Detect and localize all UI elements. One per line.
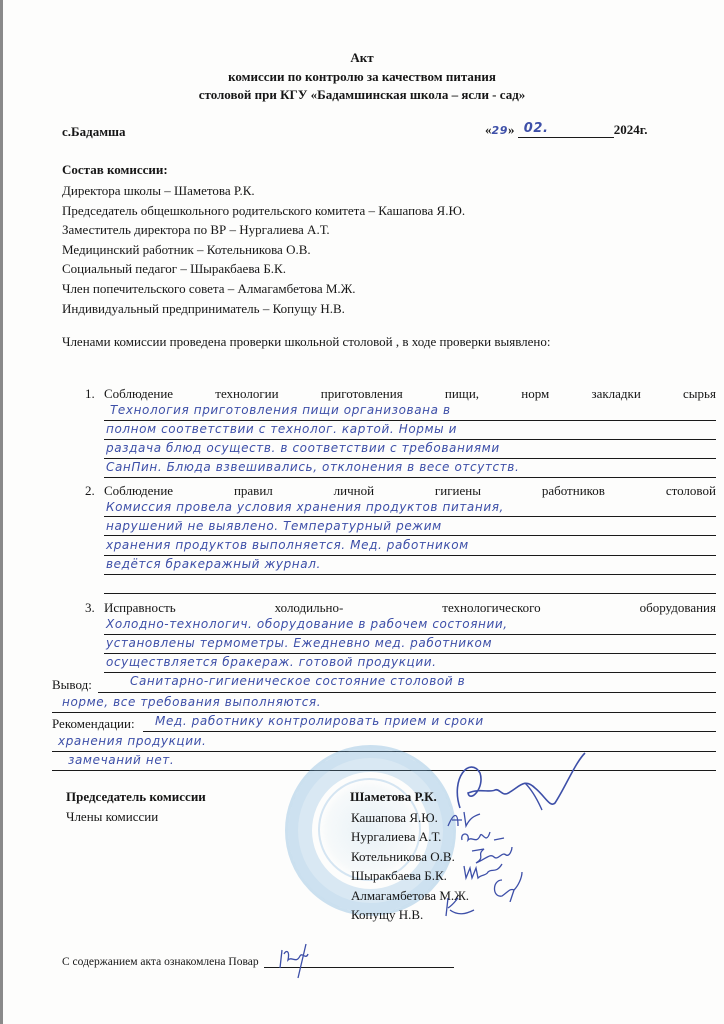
commission-member: Социальный педагог – Шыракбаева Б.К. bbox=[62, 259, 465, 279]
item-2-word: гигиены bbox=[435, 483, 481, 499]
commission-heading: Состав комиссии: bbox=[62, 162, 168, 178]
item-2-handwritten-line: ведётся бракеражный журнал. bbox=[106, 557, 321, 571]
commission-member: Заместитель директора по ВР – Нургалиева… bbox=[62, 220, 465, 240]
item-1-word: сырья bbox=[683, 386, 716, 402]
item-2-handwritten-line: хранения продуктов выполняется. Мед. раб… bbox=[106, 538, 469, 552]
rule bbox=[104, 458, 716, 459]
item-3-word: холодильно- bbox=[275, 600, 344, 616]
document-subtitle-2: столовой при КГУ «Бадамшинская школа – я… bbox=[0, 87, 724, 103]
member-signature-name: Котельникова О.В. bbox=[351, 847, 469, 866]
item-2-word: личной bbox=[334, 483, 374, 499]
date-day: 29 bbox=[492, 124, 509, 137]
cook-signature bbox=[276, 940, 316, 980]
inspection-intro: Членами комиссии проведена проверки школ… bbox=[62, 334, 551, 350]
item-2-number: 2. bbox=[85, 483, 95, 499]
conclusion-label: Вывод: bbox=[52, 677, 92, 693]
item-3-handwritten-line: Холодно-технологич. оборудование в рабоч… bbox=[106, 617, 508, 631]
document-subtitle-1: комиссии по контролю за качеством питани… bbox=[0, 69, 724, 85]
rule bbox=[104, 439, 716, 440]
item-2-handwritten-line: Комиссия провела условия хранения продук… bbox=[106, 500, 504, 514]
rule bbox=[104, 672, 716, 673]
commission-member: Индивидуальный предприниматель – Копущу … bbox=[62, 299, 465, 319]
item-1-handwritten-line: Технология приготовления пищи организова… bbox=[110, 403, 451, 417]
chair-label: Председатель комиссии bbox=[66, 789, 206, 805]
item-2-word: столовой bbox=[666, 483, 716, 499]
date-month: 02. bbox=[524, 121, 549, 136]
commission-member: Медицинский работник – Котельникова О.В. bbox=[62, 240, 465, 260]
acknowledgement-text: С содержанием акта ознакомлена Повар bbox=[62, 956, 259, 968]
item-3-word: Исправность bbox=[104, 600, 176, 616]
item-3-heading: Исправность холодильно- технологического… bbox=[104, 600, 716, 616]
date-year: 2024г. bbox=[614, 122, 648, 137]
item-1-word: закладки bbox=[591, 386, 640, 402]
item-2-word: правил bbox=[234, 483, 273, 499]
date-month-field: 02. bbox=[518, 123, 614, 138]
rule bbox=[104, 477, 716, 478]
date-close-quote: » bbox=[508, 122, 515, 137]
item-2-word: Соблюдение bbox=[104, 483, 173, 499]
item-1-word: Соблюдение bbox=[104, 386, 173, 402]
recommendations-handwritten-line: замечаний нет. bbox=[68, 753, 174, 767]
rule bbox=[98, 692, 716, 693]
document-title: Акт bbox=[0, 50, 724, 66]
recommendations-label: Рекомендации: bbox=[52, 716, 135, 732]
commission-member: Директора школы – Шаметова Р.К. bbox=[62, 181, 465, 201]
member-signature-name: Нургалиева А.Т. bbox=[351, 827, 469, 846]
rule bbox=[104, 634, 716, 635]
item-2-heading: Соблюдение правил личной гигиены работни… bbox=[104, 483, 716, 499]
item-1-word: технологии bbox=[215, 386, 278, 402]
rule bbox=[104, 593, 716, 594]
conclusion-handwritten-line: норме, все требования выполняются. bbox=[62, 695, 321, 709]
members-label: Члены комиссии bbox=[66, 809, 158, 825]
acknowledgement-line: С содержанием акта ознакомлена Повар bbox=[62, 955, 454, 968]
item-1-word: норм bbox=[521, 386, 549, 402]
item-1-word: приготовления bbox=[321, 386, 403, 402]
member-signature-name: Шыракбаева Б.К. bbox=[351, 866, 469, 885]
member-signature-6 bbox=[440, 896, 476, 920]
rule bbox=[104, 516, 716, 517]
item-1-handwritten-line: СанПин. Блюда взвешивались, отклонения в… bbox=[106, 460, 519, 474]
conclusion-handwritten-line: Санитарно-гигиеническое состояние столов… bbox=[130, 674, 465, 688]
item-2-word: работников bbox=[542, 483, 605, 499]
rule bbox=[143, 731, 716, 732]
item-3-handwritten-line: установлены термометры. Ежедневно мед. р… bbox=[106, 636, 492, 650]
chair-name: Шаметова Р.К. bbox=[350, 789, 437, 805]
rule bbox=[104, 555, 716, 556]
commission-member: Председатель общешкольного родительского… bbox=[62, 201, 465, 221]
recommendations-handwritten-line: Мед. работнику контролировать прием и ср… bbox=[155, 714, 484, 728]
item-1-handwritten-line: раздача блюд осуществ. в соответствии с … bbox=[106, 441, 500, 455]
item-3-word: оборудования bbox=[640, 600, 716, 616]
member-signature-5 bbox=[488, 870, 524, 902]
date-line: «29» 02. 2024г. bbox=[485, 122, 647, 138]
item-1-word: пищи, bbox=[445, 386, 479, 402]
commission-member: Член попечительского совета – Алмагамбет… bbox=[62, 279, 465, 299]
rule bbox=[104, 574, 716, 575]
place: с.Бадамша bbox=[62, 124, 126, 140]
item-1-number: 1. bbox=[85, 386, 95, 402]
commission-members: Директора школы – Шаметова Р.К. Председа… bbox=[62, 181, 465, 318]
item-2-handwritten-line: нарушений не выявлено. Температурный реж… bbox=[106, 519, 442, 533]
rule bbox=[52, 712, 716, 713]
item-3-number: 3. bbox=[85, 600, 95, 616]
item-1-heading: Соблюдение технологии приготовления пищи… bbox=[104, 386, 716, 402]
rule bbox=[104, 653, 716, 654]
document-page: Акт комиссии по контролю за качеством пи… bbox=[0, 0, 724, 1024]
scan-edge bbox=[0, 0, 3, 1024]
item-3-handwritten-line: осуществляется бракераж. готовой продукц… bbox=[106, 655, 437, 669]
item-1-handwritten-line: полном соответствии с технолог. картой. … bbox=[106, 422, 457, 436]
recommendations-handwritten-line: хранения продукции. bbox=[58, 734, 206, 748]
rule bbox=[104, 420, 716, 421]
rule bbox=[104, 535, 716, 536]
item-3-word: технологического bbox=[442, 600, 540, 616]
